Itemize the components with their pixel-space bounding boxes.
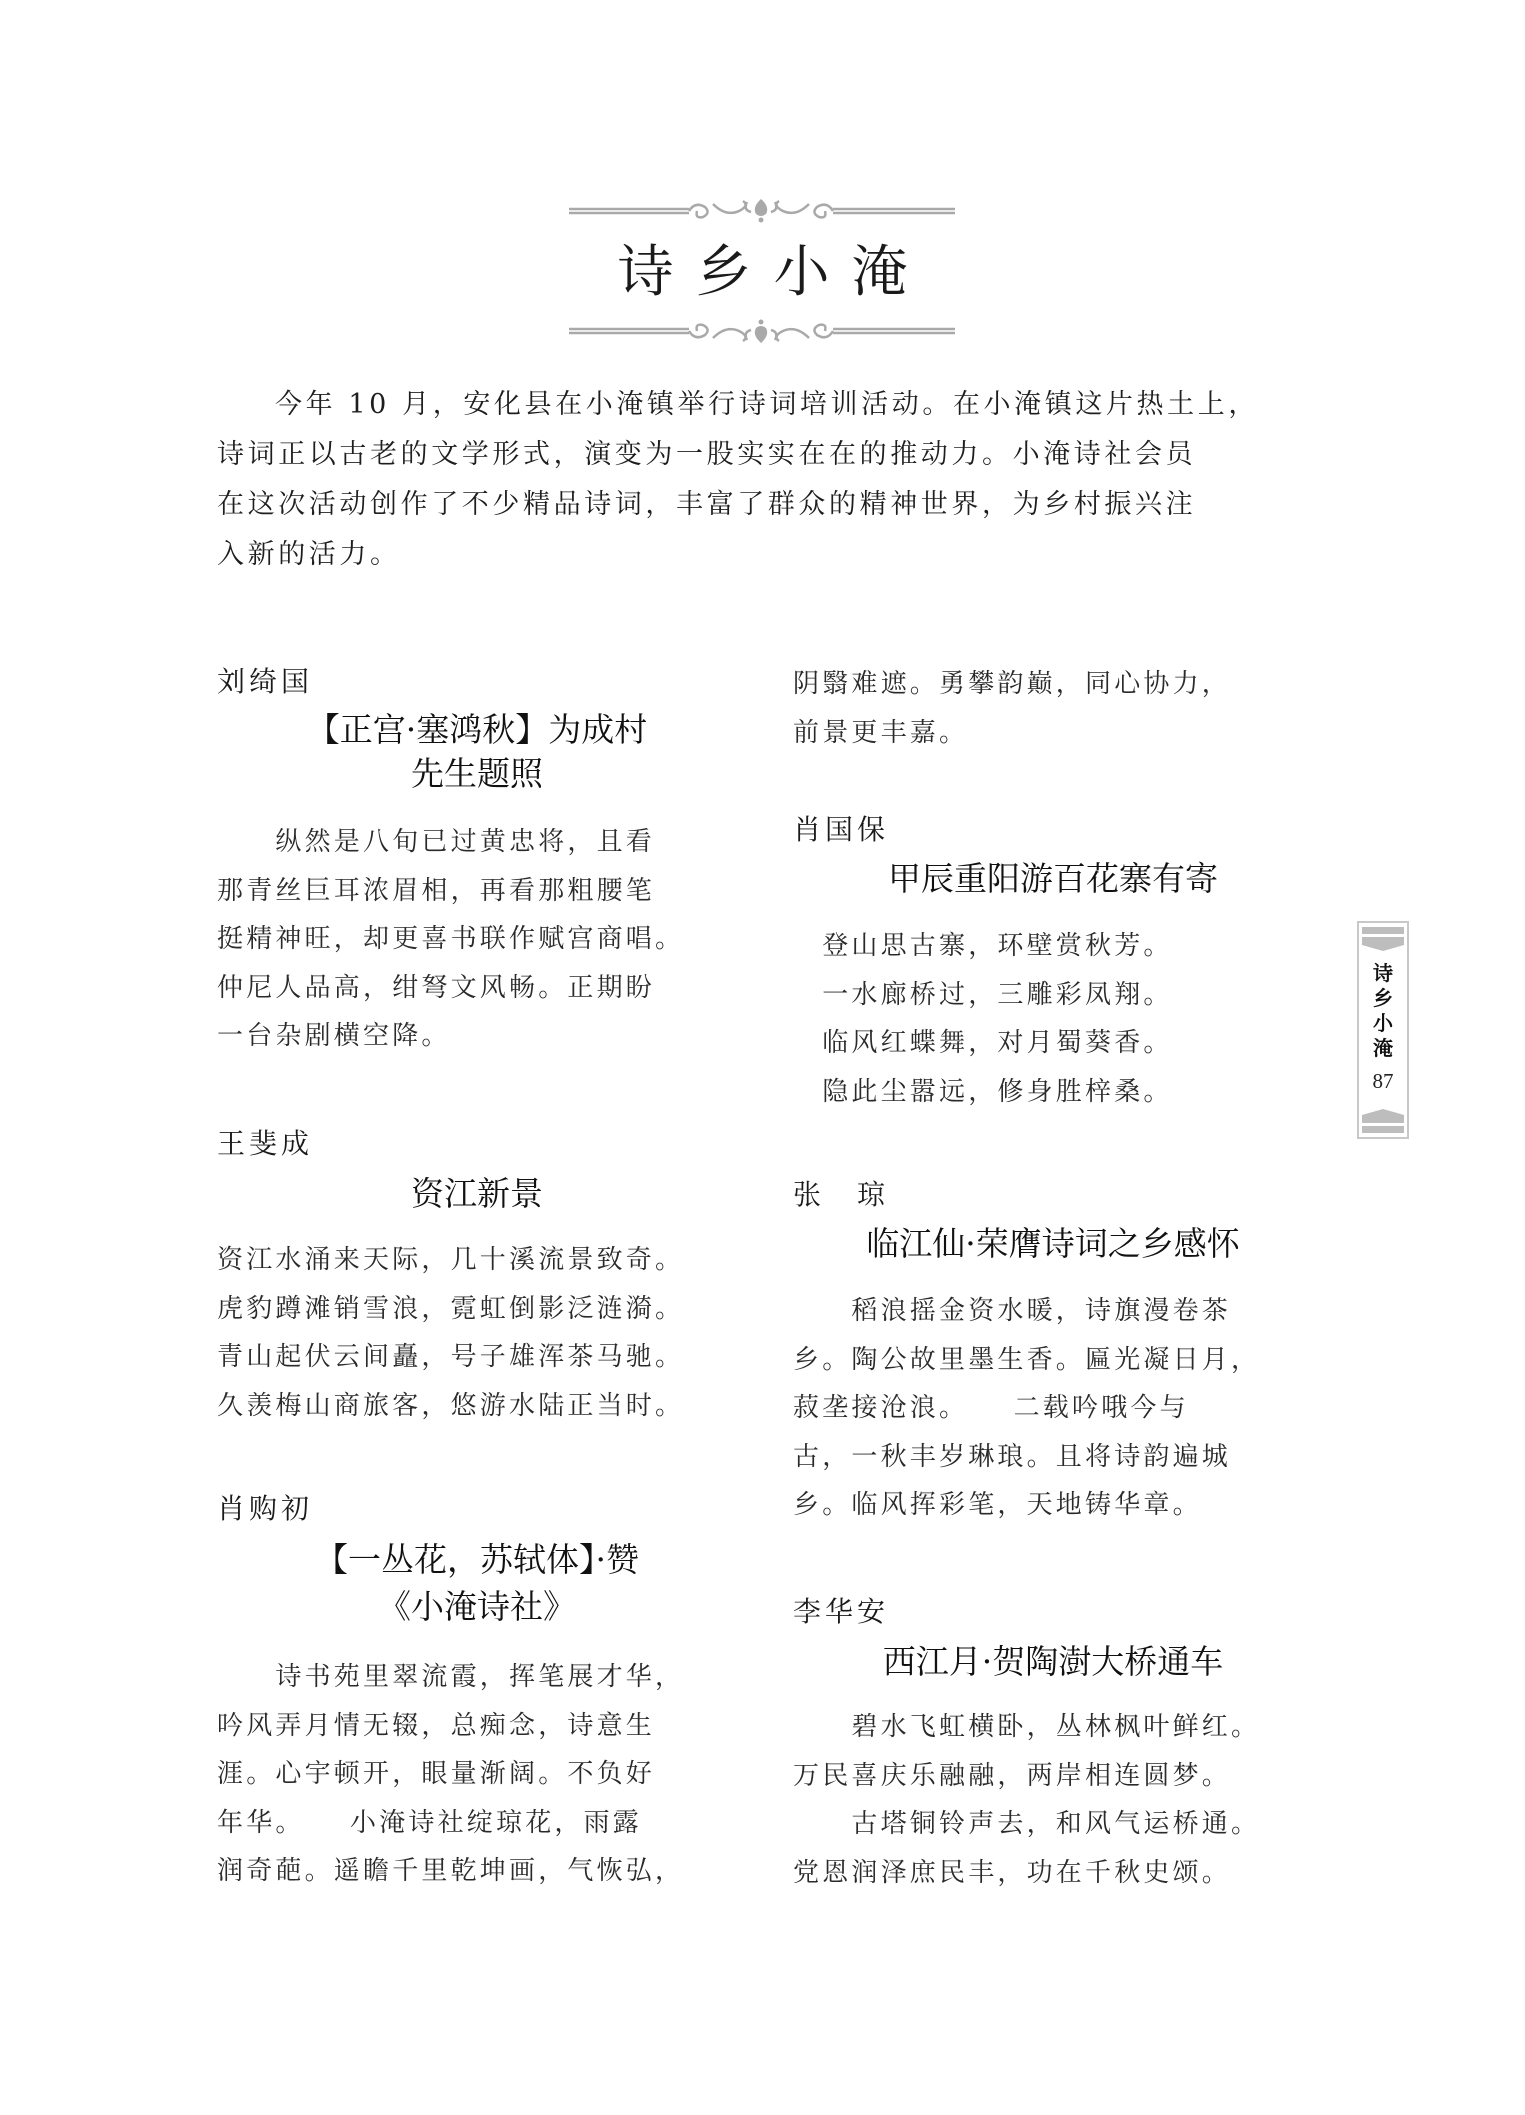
poem-line: 古，一秋丰岁琳琅。且将诗韵遍城 (793, 1433, 1313, 1482)
section-side-tab: 诗 乡 小 淹 87 (1357, 921, 1409, 1139)
poem-line: 党恩润泽庶民丰，功在千秋史颂。 (793, 1849, 1313, 1898)
poem-author: 肖国保 (793, 810, 889, 850)
title-ornament-bottom-icon (563, 318, 959, 344)
poem-line: 乡。临风挥彩笔，天地铸华章。 (793, 1481, 1313, 1530)
poem-body: 诗书苑里翠流霞，挥笔展才华， 吟风弄月情无辍，总痴念，诗意生 涯。心宇顿开，眼量… (217, 1653, 737, 1896)
poem-continuation: 阴翳难遮。勇攀韵巅，同心协力， 前景更丰嘉。 (793, 660, 1313, 757)
poem-body: 纵然是八旬已过黄忠将，且看 那青丝巨耳浓眉相，再看那粗腰笔 挺精神旺，却更喜书联… (217, 818, 737, 1061)
poem-line: 年华。 小淹诗社绽琼花，雨露 (217, 1799, 737, 1848)
page-number: 87 (1359, 1069, 1407, 1094)
poem-line: 那青丝巨耳浓眉相，再看那粗腰笔 (217, 867, 737, 916)
poem-author: 刘绮国 (217, 662, 313, 702)
poem-line: 临风红蝶舞，对月蜀葵香。 (793, 1019, 1313, 1068)
poem-line: 吟风弄月情无辍，总痴念，诗意生 (217, 1702, 737, 1751)
poem-title-line: 【正宫·塞鸿秋】为成村 (217, 708, 737, 752)
poem-line: 一台杂剧横空降。 (217, 1012, 737, 1061)
poem-line: 涯。心宇顿开，眼量渐阔。不负好 (217, 1750, 737, 1799)
poem-line: 稻浪摇金资水暖，诗旗漫卷茶 (793, 1287, 1313, 1336)
poem-line: 阴翳难遮。勇攀韵巅，同心协力， (793, 660, 1313, 709)
poem-line: 虎豹蹲滩销雪浪，霓虹倒影泛涟漪。 (217, 1285, 737, 1334)
poem-title-line: 先生题照 (217, 752, 737, 796)
tab-bar-top (1362, 927, 1404, 934)
poem-line: 纵然是八旬已过黄忠将，且看 (217, 818, 737, 867)
poem-line: 润奇葩。遥瞻千里乾坤画，气恢弘， (217, 1847, 737, 1896)
poem-line: 万民喜庆乐融融，两岸相连圆梦。 (793, 1752, 1313, 1801)
poem-line: 诗书苑里翠流霞，挥笔展才华， (217, 1653, 737, 1702)
poem-line: 碧水飞虹横卧，丛林枫叶鲜红。 (793, 1703, 1313, 1752)
intro-line: 诗词正以古老的文学形式，演变为一股实实在在的推动力。小淹诗社会员 (217, 430, 1307, 480)
page-title: 诗乡小淹 (0, 235, 1525, 311)
side-tab-char: 诗 (1359, 961, 1407, 986)
poem-title-line: 【一丛花，苏轼体】·赞 (217, 1538, 737, 1582)
poem-title-line: 《小淹诗社》 (217, 1585, 737, 1629)
poem-line: 青山起伏云间矗，号子雄浑茶马驰。 (217, 1333, 737, 1382)
poem-title-line: 临江仙·荣膺诗词之乡感怀 (793, 1222, 1313, 1266)
poem-line: 前景更丰嘉。 (793, 709, 1313, 758)
poem-title-line: 资江新景 (217, 1172, 737, 1216)
tab-bar-bottom (1362, 1126, 1404, 1133)
poem-line: 一水廊桥过，三雕彩凤翔。 (793, 971, 1313, 1020)
poem-title-line: 西江月·贺陶澍大桥通车 (793, 1640, 1313, 1684)
poem-line: 乡。陶公故里墨生香。匾光凝日月， (793, 1336, 1313, 1385)
poem-line: 古塔铜铃声去，和风气运桥通。 (793, 1800, 1313, 1849)
poem-line: 登山思古寨，环壁赏秋芳。 (793, 922, 1313, 971)
poem-title-line: 甲辰重阳游百花寨有寄 (793, 857, 1313, 901)
intro-paragraph: 今年 10 月，安化县在小淹镇举行诗词培训活动。在小淹镇这片热土上， 诗词正以古… (217, 380, 1307, 580)
side-tab-char: 乡 (1359, 986, 1407, 1011)
poem-author: 肖购初 (217, 1489, 313, 1529)
poem-body: 资江水涌来天际，几十溪流景致奇。 虎豹蹲滩销雪浪，霓虹倒影泛涟漪。 青山起伏云间… (217, 1236, 737, 1430)
poem-line: 菽垄接沧浪。 二载吟哦今与 (793, 1384, 1313, 1433)
poem-body: 稻浪摇金资水暖，诗旗漫卷茶 乡。陶公故里墨生香。匾光凝日月， 菽垄接沧浪。 二载… (793, 1287, 1313, 1530)
poem-author: 王斐成 (217, 1124, 313, 1164)
poem-body: 碧水飞虹横卧，丛林枫叶鲜红。 万民喜庆乐融融，两岸相连圆梦。 古塔铜铃声去，和风… (793, 1703, 1313, 1897)
poem-line: 挺精神旺，却更喜书联作赋宫商唱。 (217, 915, 737, 964)
intro-line: 在这次活动创作了不少精品诗词，丰富了群众的精神世界，为乡村振兴注 (217, 480, 1307, 530)
side-tab-char: 淹 (1359, 1036, 1407, 1061)
poem-author: 张 琼 (793, 1175, 889, 1215)
side-tab-label: 诗 乡 小 淹 (1359, 961, 1407, 1061)
title-ornament-top-icon (563, 198, 959, 224)
poem-line: 隐此尘嚣远，修身胜梓桑。 (793, 1068, 1313, 1117)
poem-line: 资江水涌来天际，几十溪流景致奇。 (217, 1236, 737, 1285)
intro-line: 今年 10 月，安化县在小淹镇举行诗词培训活动。在小淹镇这片热土上， (217, 380, 1307, 430)
chevron-up-icon (1362, 1109, 1404, 1123)
poem-author: 李华安 (793, 1592, 889, 1632)
poem-body: 登山思古寨，环壁赏秋芳。 一水廊桥过，三雕彩凤翔。 临风红蝶舞，对月蜀葵香。 隐… (793, 922, 1313, 1116)
chevron-down-icon (1362, 937, 1404, 951)
intro-line: 入新的活力。 (217, 530, 1307, 580)
side-tab-char: 小 (1359, 1011, 1407, 1036)
poem-line: 久羡梅山商旅客，悠游水陆正当时。 (217, 1382, 737, 1431)
poem-line: 仲尼人品高，绀弩文风畅。正期盼 (217, 964, 737, 1013)
